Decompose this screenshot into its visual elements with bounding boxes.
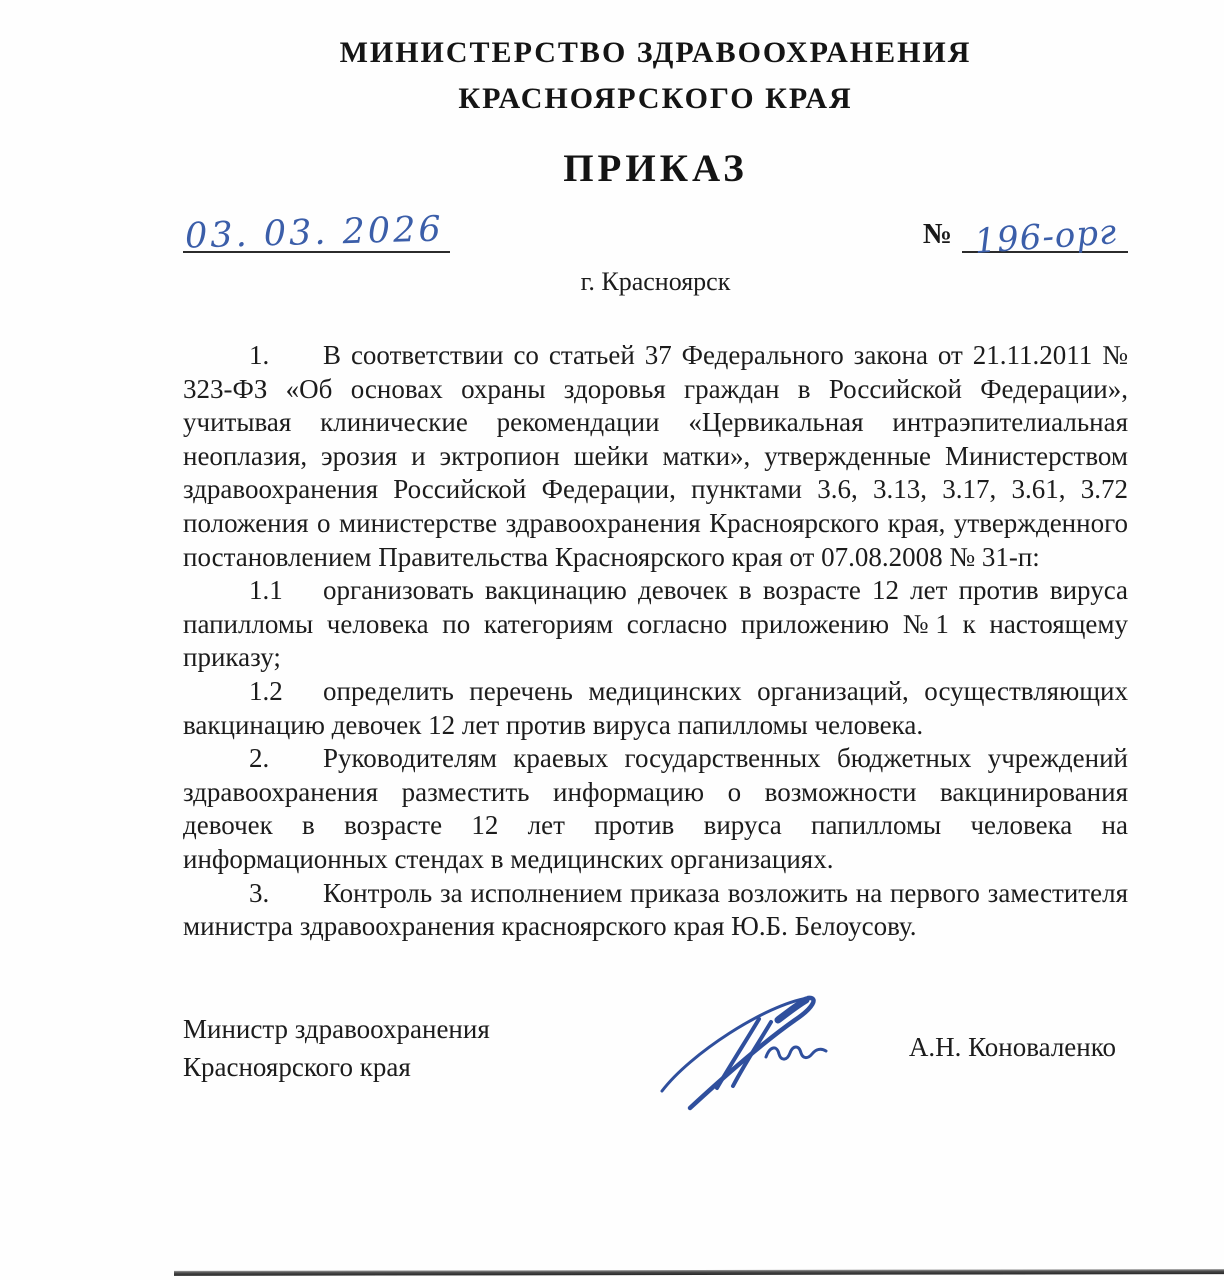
paragraph-number: 2. — [249, 742, 323, 776]
paragraph-text: Контроль за исполнением приказа возложит… — [183, 878, 1128, 942]
minister-title: Министр здравоохранения Красноярского кр… — [183, 1010, 490, 1086]
paragraph-number: 1.2 — [249, 675, 323, 709]
paragraph-text: определить перечень медицинских организа… — [183, 676, 1128, 740]
signature-block: Министр здравоохранения Красноярского кр… — [183, 1010, 1128, 1086]
order-paragraph: 1.2определить перечень медицинских орган… — [183, 675, 1128, 742]
ministry-name-line1: МИНИСТЕРСТВО ЗДРАВООХРАНЕНИЯ — [183, 30, 1128, 76]
paragraph-number: 3. — [249, 877, 323, 911]
bottom-scan-line — [174, 1269, 1224, 1276]
date-field: 03. 03. 2026 — [183, 211, 450, 253]
order-paragraph: 3.Контроль за исполнением приказа возлож… — [183, 877, 1128, 944]
number-field: № 196-орг — [923, 211, 1128, 253]
document-page: МИНИСТЕРСТВО ЗДРАВООХРАНЕНИЯ КРАСНОЯРСКО… — [0, 0, 1224, 1280]
paragraph-text: организовать вакцинацию девочек в возрас… — [183, 575, 1128, 672]
paragraph-number: 1.1 — [249, 574, 323, 608]
number-underline: 196-орг — [962, 211, 1128, 253]
order-paragraph: 1.В соответствии со статьей 37 Федеральн… — [183, 339, 1128, 574]
minister-title-line2: Красноярского края — [183, 1048, 490, 1086]
ministry-name-line2: КРАСНОЯРСКОГО КРАЯ — [183, 76, 1128, 122]
place-line: г. Красноярск — [183, 267, 1128, 297]
handwritten-date: 03. 03. 2026 — [185, 209, 445, 256]
paragraph-text: Руководителям краевых государственных бю… — [183, 743, 1128, 874]
paragraph-text: В соответствии со статьей 37 Федеральног… — [183, 340, 1128, 572]
handwritten-signature-icon — [620, 958, 880, 1138]
document-header: МИНИСТЕРСТВО ЗДРАВООХРАНЕНИЯ КРАСНОЯРСКО… — [183, 0, 1128, 191]
signer-name: А.Н. Коноваленко — [909, 1032, 1128, 1063]
order-body: 1.В соответствии со статьей 37 Федеральн… — [183, 339, 1128, 944]
minister-title-line1: Министр здравоохранения — [183, 1010, 490, 1048]
number-sign: № — [923, 218, 952, 253]
paragraph-number: 1. — [249, 339, 323, 373]
order-paragraph: 1.1организовать вакцинацию девочек в воз… — [183, 574, 1128, 675]
handwritten-order-number: 196-орг — [973, 212, 1118, 262]
order-paragraph: 2.Руководителям краевых государственных … — [183, 742, 1128, 876]
requisites-row: 03. 03. 2026 № 196-орг — [183, 211, 1128, 253]
document-type-title: ПРИКАЗ — [183, 146, 1128, 191]
